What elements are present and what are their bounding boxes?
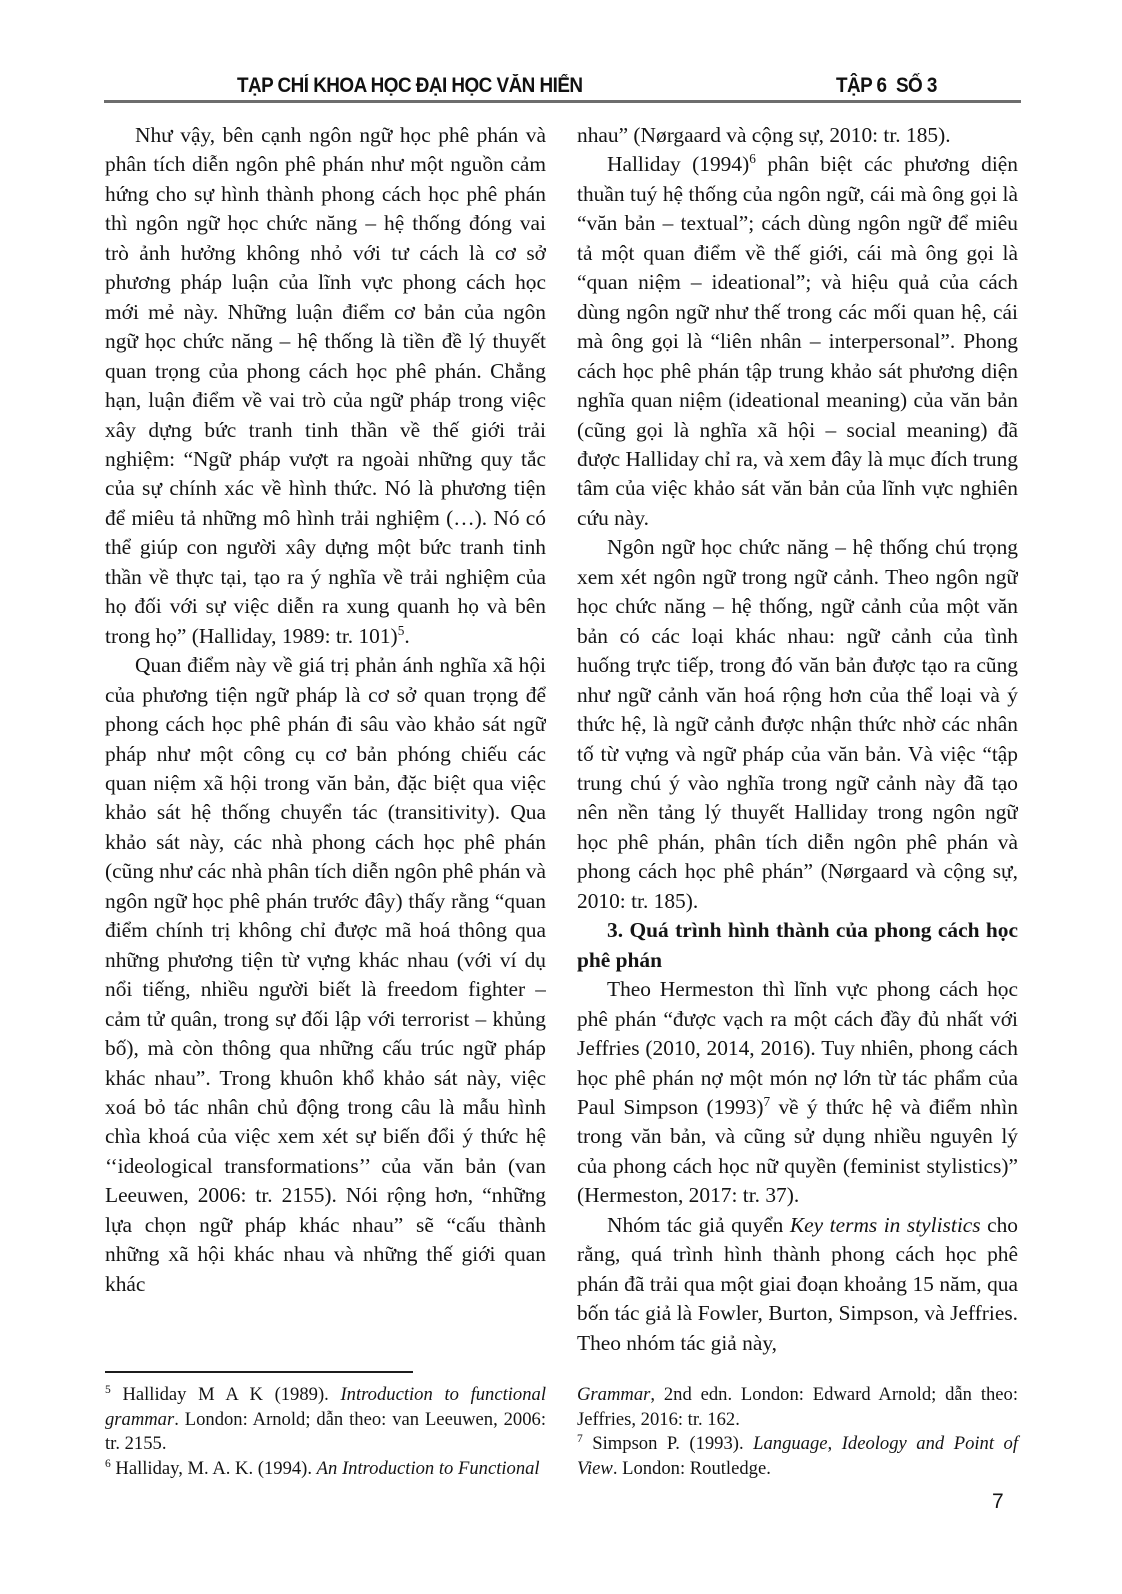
text-segment: Ngôn ngữ học chức năng – hệ thống chú tr… [577, 535, 1018, 912]
text-segment: nhau” (Nørgaard và cộng sự, 2010: tr. 18… [577, 123, 951, 147]
text-segment: . London: Routledge. [613, 1458, 771, 1479]
footnote: 7 Simpson P. (1993). Language, Ideology … [577, 1432, 1018, 1481]
journal-title: TẠP CHÍ KHOA HỌC ĐẠI HỌC VĂN HIẾN [237, 74, 583, 98]
text-segment: Simpson P. (1993). [583, 1433, 753, 1454]
footnote-marker: 6 [749, 151, 756, 166]
footnote: Grammar, 2nd edn. London: Edward Arnold;… [577, 1383, 1018, 1432]
text-segment: Nhóm tác giả quyển [607, 1213, 790, 1237]
header-rule [104, 100, 1021, 103]
text-segment: phân biệt các phương diện thuần tuý hệ t… [577, 152, 1018, 529]
text-segment: Key terms in stylistics [790, 1213, 981, 1237]
footnote: 5 Halliday M A K (1989). Introduction to… [105, 1383, 546, 1457]
text-segment: An Introduction to Functional [317, 1458, 540, 1479]
paragraph: Quan điểm này về giá trị phản ánh nghĩa … [105, 651, 546, 1299]
paragraph: Nhóm tác giả quyển Key terms in stylisti… [577, 1211, 1018, 1358]
text-segment: Halliday, M. A. K. (1994). [111, 1458, 317, 1479]
paragraph: Theo Hermeston thì lĩnh vực phong cách h… [577, 975, 1018, 1211]
paragraph: nhau” (Nørgaard và cộng sự, 2010: tr. 18… [577, 121, 1018, 150]
section-heading: 3. Quá trình hình thành của phong cách h… [577, 916, 1018, 975]
footnote-separator [105, 1371, 413, 1373]
text-segment: Quan điểm này về giá trị phản ánh nghĩa … [105, 653, 546, 1296]
paragraph: Ngôn ngữ học chức năng – hệ thống chú tr… [577, 533, 1018, 916]
footnote: 6 Halliday, M. A. K. (1994). An Introduc… [105, 1457, 546, 1482]
page: TẠP CHÍ KHOA HỌC ĐẠI HỌC VĂN HIẾN TẬP 6 … [0, 0, 1122, 1594]
paragraph: Halliday (1994)6 phân biệt các phương di… [577, 150, 1018, 533]
text-column-right: nhau” (Nørgaard và cộng sự, 2010: tr. 18… [577, 121, 1018, 1358]
text-segment: Halliday M A K (1989). [111, 1384, 341, 1405]
footnotes-left: 5 Halliday M A K (1989). Introduction to… [105, 1383, 546, 1482]
issue-label: TẬP 6 SỐ 3 [836, 74, 937, 98]
text-column-left: Như vậy, bên cạnh ngôn ngữ học phê phán … [105, 121, 546, 1299]
text-segment: Halliday (1994) [607, 152, 749, 176]
text-segment: Grammar [577, 1384, 650, 1405]
page-number: 7 [992, 1490, 1004, 1514]
footnotes-right: Grammar, 2nd edn. London: Edward Arnold;… [577, 1383, 1018, 1482]
text-segment: Như vậy, bên cạnh ngôn ngữ học phê phán … [105, 123, 546, 648]
text-segment: 3. Quá trình hình thành của phong cách h… [577, 918, 1018, 971]
paragraph: Như vậy, bên cạnh ngôn ngữ học phê phán … [105, 121, 546, 651]
text-segment: . [404, 624, 409, 648]
